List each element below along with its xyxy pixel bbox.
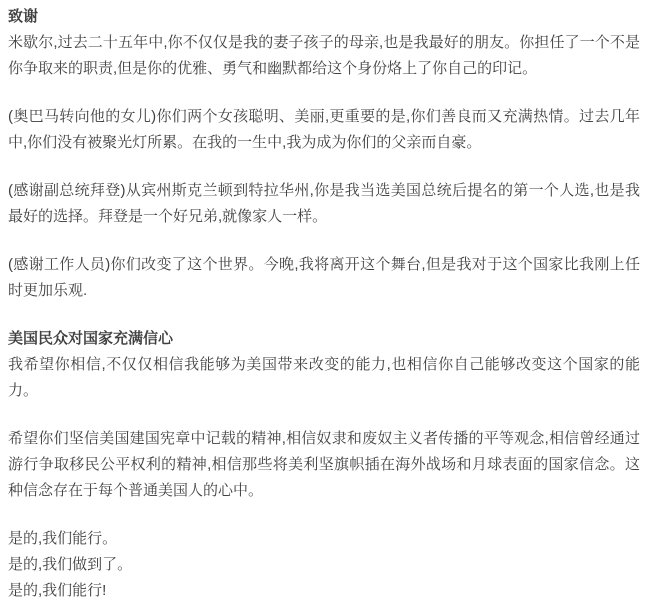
closing-lines: 是的,我们能行。 是的,我们做到了。 是的,我们能行! — [8, 526, 640, 600]
paragraph-michelle: 米歇尔,过去二十五年中,你不仅仅是我的妻子孩子的母亲,也是我最好的朋友。你担任了… — [8, 30, 640, 82]
section-acknowledgments: 致谢 米歇尔,过去二十五年中,你不仅仅是我的妻子孩子的母亲,也是我最好的朋友。你… — [8, 4, 640, 304]
closing-line-yes-we-can-exclaim: 是的,我们能行! — [8, 578, 640, 600]
paragraph-biden: (感谢副总统拜登)从宾州斯克兰顿到特拉华州,你是我当选美国总统后提名的第一个人选… — [8, 178, 640, 230]
paragraph-founding-spirit: 希望你们坚信美国建国宪章中记载的精神,相信奴隶和废奴主义者传播的平等观念,相信曾… — [8, 426, 640, 504]
closing-line-yes-we-did: 是的,我们做到了。 — [8, 552, 640, 578]
paragraph-believe: 我希望你相信,不仅仅相信我能够为美国带来改变的能力,也相信你自己能够改变这个国家… — [8, 352, 640, 404]
section-heading-acknowledgments: 致谢 — [8, 4, 640, 30]
closing-line-yes-we-can: 是的,我们能行。 — [8, 526, 640, 552]
article: 致谢 米歇尔,过去二十五年中,你不仅仅是我的妻子孩子的母亲,也是我最好的朋友。你… — [0, 0, 650, 600]
paragraph-daughters: (奥巴马转向他的女儿)你们两个女孩聪明、美丽,更重要的是,你们善良而又充满热情。… — [8, 104, 640, 156]
section-confidence: 美国民众对国家充满信心 我希望你相信,不仅仅相信我能够为美国带来改变的能力,也相… — [8, 326, 640, 600]
paragraph-staff: (感谢工作人员)你们改变了这个世界。今晚,我将离开这个舞台,但是我对于这个国家比… — [8, 252, 640, 304]
document-page: { "page": { "background": "#ffffff", "te… — [0, 0, 650, 600]
section-heading-confidence: 美国民众对国家充满信心 — [8, 326, 640, 352]
